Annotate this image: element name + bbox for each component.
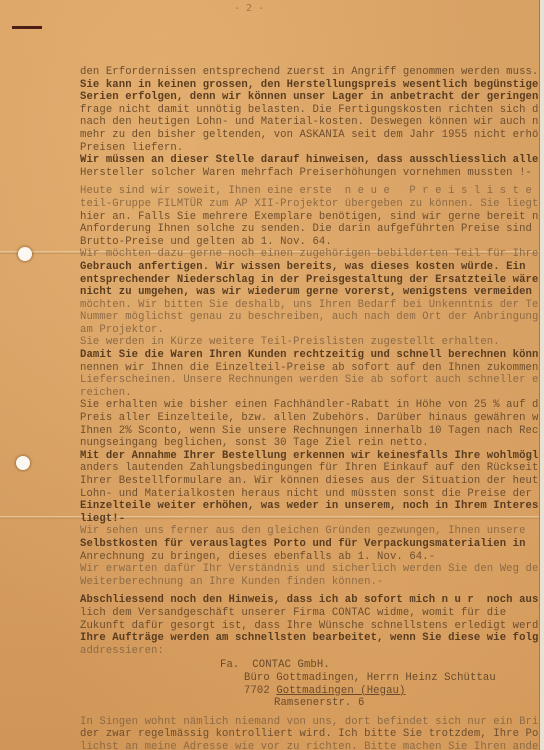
address-postcode: 7702 bbox=[244, 685, 270, 697]
text-line: Lieferscheinen. Unsere Rechnungen werden… bbox=[80, 374, 540, 387]
text-line: Damit Sie die Waren Ihren Kunden rechtze… bbox=[80, 349, 540, 362]
text-line: nungseingang beglichen, sonst 30 Tage Zi… bbox=[80, 437, 540, 450]
text-line: hier an. Falls Sie mehrere Exemplare ben… bbox=[80, 211, 540, 224]
text-line: Lohn- und Materialkosten heraus nicht un… bbox=[80, 488, 540, 501]
paper-edge bbox=[539, 0, 544, 750]
text-line: mehr zu den bisher geltenden, von ASKANI… bbox=[80, 129, 540, 142]
address-city: Gottmadingen (Hegau) bbox=[276, 685, 405, 697]
page-number: - 2 - bbox=[234, 3, 264, 14]
text-line: möchten. Wir bitten Sie deshalb, uns Ihr… bbox=[80, 299, 540, 312]
text-line: lich dem Versandgeschäft unserer Firma C… bbox=[80, 607, 540, 620]
text-line: addressieren: bbox=[80, 645, 540, 658]
typewritten-letter-page: - 2 - den Erfordernissen entsprechend zu… bbox=[0, 0, 540, 750]
text-line: Ihre Aufträge werden am schnellsten bear… bbox=[80, 632, 540, 645]
text-line: Heute sind wir soweit, Ihnen eine erste … bbox=[80, 185, 540, 198]
text-line: nennen wir Ihnen die Einzelteil-Preise a… bbox=[80, 362, 540, 375]
text-line: entsprechender Niederschlag in der Preis… bbox=[80, 274, 540, 287]
text-line: Preis aller Einzelteile, bzw. allen Zube… bbox=[80, 412, 540, 425]
address-street: Ramsenerstr. 6 bbox=[80, 697, 540, 710]
text-line: Weiterberechnung an Ihre Kunden finden k… bbox=[80, 576, 540, 589]
text-line: Brutto-Preise und gelten ab 1. Nov. 64. bbox=[80, 236, 540, 249]
address-company: CONTAC GmbH. bbox=[252, 659, 330, 671]
text-line: lichst an meine Adresse wie vor zu richt… bbox=[80, 741, 540, 750]
text-line: Nummer möglichst genau zu beschreiben, a… bbox=[80, 311, 540, 324]
address-city-line: 7702 Gottmadingen (Hegau) bbox=[80, 685, 540, 698]
punch-hole bbox=[18, 247, 32, 261]
paragraph-price-list: Heute sind wir soweit, Ihnen eine erste … bbox=[80, 185, 540, 588]
text-line: reichen. bbox=[80, 387, 540, 400]
text-line: den Erfordernissen entsprechend zuerst i… bbox=[80, 66, 540, 79]
text-line: Ihnen 2% Sconto, wenn Sie unsere Rechnun… bbox=[80, 425, 540, 438]
text-line: frage nicht damit unnötig belasten. Die … bbox=[80, 104, 540, 117]
text-line: Preisen liefern. bbox=[80, 142, 540, 155]
address-prefix: Fa. bbox=[220, 659, 239, 671]
paragraph-intro: den Erfordernissen entsprechend zuerst i… bbox=[80, 66, 540, 179]
text-line: Wir sehen uns ferner aus den gleichen Gr… bbox=[80, 525, 540, 538]
paragraph-closing-notice: Abschliessend noch den Hinweis, dass ich… bbox=[80, 594, 540, 657]
address-company-line: Fa. CONTAC GmbH. bbox=[80, 659, 540, 672]
text-line: anders lautenden Zahlungsbedingungen für… bbox=[80, 462, 540, 475]
text-line: Selbstkosten für verauslagtes Porto und … bbox=[80, 538, 540, 551]
text-line: Sie kann in keinen grossen, den Herstell… bbox=[80, 79, 540, 92]
text-line: Wir erwarten dafür Ihr Verständnis und s… bbox=[80, 563, 540, 576]
text-line: Ihrer Bestellformulare an. Wir können di… bbox=[80, 475, 540, 488]
text-line: am Projektor. bbox=[80, 324, 540, 337]
text-line: Einzelteile weiter erhöhen, was weder in… bbox=[80, 500, 540, 513]
text-line: Hersteller solcher Waren mehrfach Preise… bbox=[80, 167, 540, 180]
text-line: Zukunft dafür gesorgt ist, dass Ihre Wün… bbox=[80, 620, 540, 633]
text-line: liegt!- bbox=[80, 513, 540, 526]
text-line: Anrechnung zu bringen, dieses ebenfalls … bbox=[80, 551, 540, 564]
punch-hole bbox=[16, 456, 30, 470]
text-line: der zwar regelmässig kontrolliert wird. … bbox=[80, 728, 540, 741]
text-line: Wir müssen an dieser Stelle darauf hinwe… bbox=[80, 154, 540, 167]
text-line: Sie erhalten wie bisher einen Fachhändle… bbox=[80, 399, 540, 412]
mailing-address-block: Fa. CONTAC GmbH. Büro Gottmadingen, Herr… bbox=[80, 659, 540, 709]
text-line: Serien erfolgen, denn wir können unser L… bbox=[80, 91, 540, 104]
text-line: Wir möchten dazu gerne noch einen zugehö… bbox=[80, 248, 540, 261]
address-office: Büro Gottmadingen, Herrn Heinz Schüttau bbox=[80, 672, 540, 685]
text-line: Mit der Annahme Ihrer Bestellung erkenne… bbox=[80, 450, 540, 463]
binder-mark bbox=[12, 26, 42, 29]
text-line: nicht zu umgehen, was wir wiederum gerne… bbox=[80, 286, 540, 299]
letter-body: den Erfordernissen entsprechend zuerst i… bbox=[80, 66, 540, 750]
text-line: Anforderung Ihnen solche zu senden. Die … bbox=[80, 223, 540, 236]
text-line: teil-Gruppe FILMTÜR zum AP XII-Projektor… bbox=[80, 198, 540, 211]
text-line: In Singen wohnt nämlich niemand von uns,… bbox=[80, 716, 540, 729]
text-line: Sie werden in Kürze weitere Teil-Preisli… bbox=[80, 336, 540, 349]
text-line: nach den heutigen Lohn- und Material-kos… bbox=[80, 116, 540, 129]
text-line: Gebrauch anfertigen. Wir wissen bereits,… bbox=[80, 261, 540, 274]
text-line: Abschliessend noch den Hinweis, dass ich… bbox=[80, 594, 540, 607]
paragraph-singen-note: In Singen wohnt nämlich niemand von uns,… bbox=[80, 716, 540, 750]
